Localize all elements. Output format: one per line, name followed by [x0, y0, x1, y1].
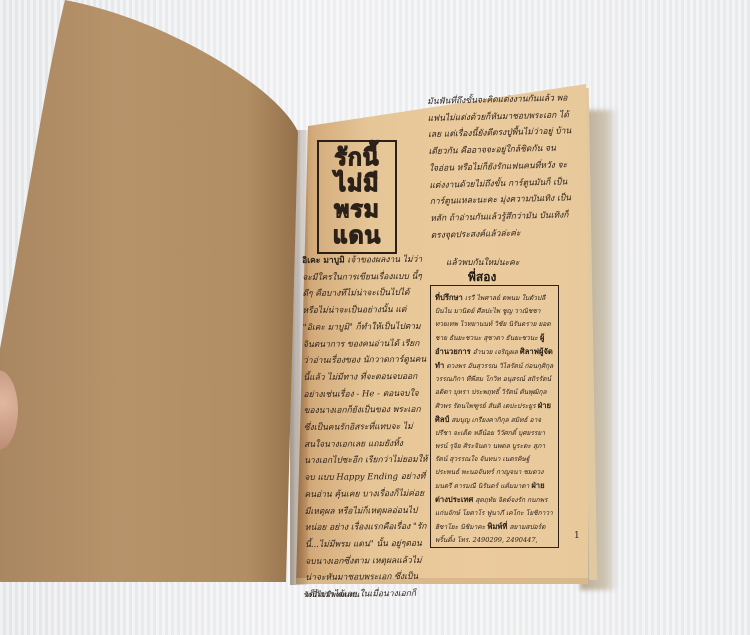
page-number: 1 — [574, 531, 580, 541]
title-line: แดน — [333, 223, 381, 249]
book-title-box: รักนี้ ไม่มี พรม แดน — [317, 140, 397, 254]
editorial-top-column: มันฟันที่ถึงขั้นจะคิดแต่งงานกันแล้ว พอแฟ… — [427, 90, 581, 244]
page-footer: รักนี้ไม่มีพรมแดน — [303, 589, 359, 601]
left-column-body: เจ้าของผลงาน ไม่ว่าจะมีใครในการเขียนเรื่… — [302, 255, 427, 600]
credit-names: อำนวย เจริญผล — [473, 348, 518, 356]
credit-names: ดวงพร อันสุวรรณ วิไลรัตน์ ก่อนกุศิกุล วร… — [435, 362, 553, 410]
author-name: อิเคะ มาบูมิ — [302, 256, 345, 266]
credit-names: สมบุญ เกรียงคากิกุล สมิทธ์ อาจปรีชา จะเด… — [435, 416, 545, 490]
editorial-left-column: อิเคะ มาบูมิ เจ้าของผลงาน ไม่ว่าจะมีใครใ… — [302, 252, 430, 604]
credit-role: ที่ปรึกษา — [435, 293, 463, 302]
sign-off: แล้วพบกันใหม่นะคะ — [446, 255, 519, 269]
title-line: พรม — [334, 197, 380, 223]
credits-box: ที่ปรึกษา เรวี ไพศาลย์ ตพนม ใบตัวปลี บิน… — [430, 285, 559, 548]
title-line: รักนี้ — [334, 145, 379, 171]
title-line: ไม่มี — [335, 171, 380, 197]
credit-role: พิมพ์ที่ — [487, 522, 507, 531]
